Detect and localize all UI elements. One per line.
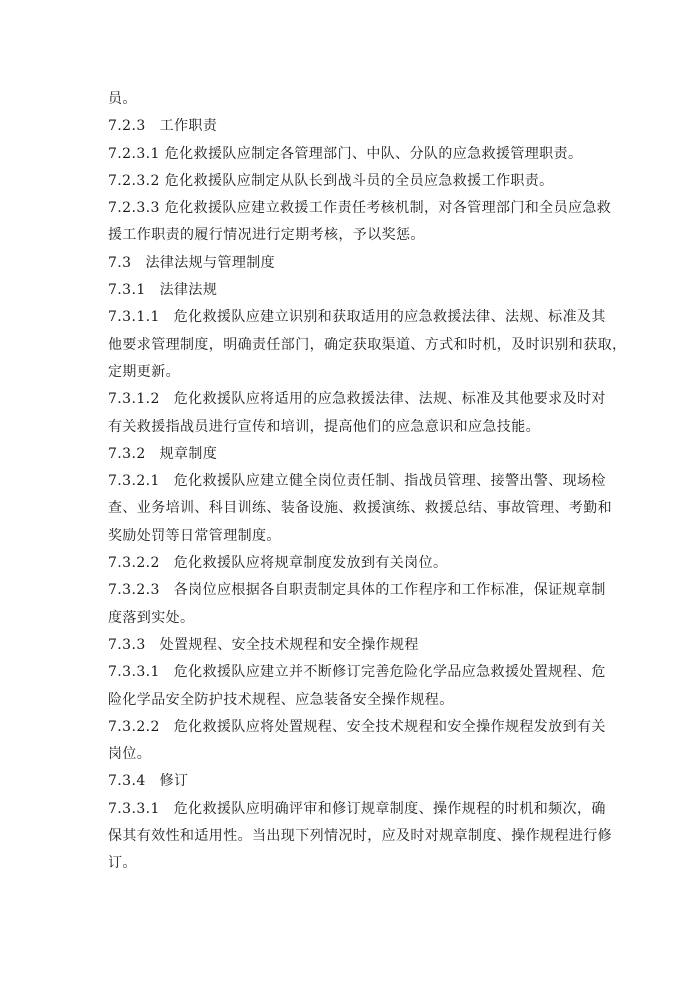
clause-text: 岗位。: [108, 746, 151, 762]
text-line: 7.3.2.2危化救援队应将处置规程、安全技术规程和安全操作规程发放到有关: [108, 714, 598, 741]
clause-text: 处置规程、安全技术规程和安全操作规程: [160, 637, 419, 653]
text-line: 7.3.3.1危化救援队应明确评审和修订规章制度、操作规程的时机和频次，确: [108, 796, 598, 823]
clause-number: 7.3.1.1: [108, 304, 160, 331]
clause-text: 工作职责: [160, 118, 218, 134]
clause-text: 危化救援队应建立救援工作责任考核机制，对各管理部门和全员应急救: [165, 200, 611, 216]
clause-number: 7.3: [108, 250, 131, 277]
text-line: 7.2.3.3危化救援队应建立救援工作责任考核机制，对各管理部门和全员应急救: [108, 195, 598, 222]
clause-text: 危化救援队应制定各管理部门、中队、分队的应急救援管理职责。: [165, 146, 583, 162]
section-heading: 7.3.2规章制度: [108, 441, 598, 468]
text-line: 员。: [108, 86, 598, 113]
clause-text: 订。: [108, 855, 137, 871]
clause-number: 7.3.3.1: [108, 796, 160, 823]
section-heading: 7.3法律法规与管理制度: [108, 250, 598, 277]
clause-text: 修订: [160, 773, 189, 789]
text-line: 7.2.3.1危化救援队应制定各管理部门、中队、分队的应急救援管理职责。: [108, 141, 598, 168]
text-line: 他要求管理制度，明确责任部门，确定获取渠道、方式和时机，及时识别和获取，: [108, 332, 598, 359]
text-line: 岗位。: [108, 741, 598, 768]
text-line: 查、业务培训、科目训练、装备设施、救援演练、救援总结、事故管理、考勤和: [108, 495, 598, 522]
text-line: 7.3.2.2危化救援队应将规章制度发放到有关岗位。: [108, 550, 598, 577]
clause-text: 危化救援队应建立并不断修订完善危险化学品应急救援处置规程、危: [174, 664, 606, 680]
clause-number: 7.3.3.1: [108, 659, 160, 686]
section-heading: 7.3.4修订: [108, 768, 598, 795]
text-line: 7.3.1.1危化救援队应建立识别和获取适用的应急救援法律、法规、标准及其: [108, 304, 598, 331]
clause-text: 有关救援指战员进行宣传和培训，提高他们的应急意识和应急技能。: [108, 419, 540, 435]
text-line: 有关救援指战员进行宣传和培训，提高他们的应急意识和应急技能。: [108, 414, 598, 441]
clause-text: 他要求管理制度，明确责任部门，确定获取渠道、方式和时机，及时识别和获取，: [108, 337, 626, 353]
text-line: 险化学品安全防护技术规程、应急装备安全操作规程。: [108, 687, 598, 714]
clause-text: 危化救援队应将处置规程、安全技术规程和安全操作规程发放到有关: [174, 719, 606, 735]
clause-number: 7.3.1.2: [108, 386, 160, 413]
clause-text: 危化救援队应将适用的应急救援法律、法规、标准及其他要求及时对: [174, 391, 606, 407]
clause-number: 7.3.3: [108, 632, 146, 659]
document-page: 员。 7.2.3工作职责 7.2.3.1危化救援队应制定各管理部门、中队、分队的…: [108, 86, 598, 878]
text-line: 订。: [108, 850, 598, 877]
text-line: 度落到实处。: [108, 605, 598, 632]
text-line: 援工作职责的履行情况进行定期考核，予以奖惩。: [108, 222, 598, 249]
section-heading: 7.3.1法律法规: [108, 277, 598, 304]
clause-number: 7.3.2.1: [108, 468, 160, 495]
clause-number: 7.3.2: [108, 441, 146, 468]
text-line: 7.3.2.1危化救援队应建立健全岗位责任制、指战员管理、接警出警、现场检: [108, 468, 598, 495]
clause-text: 援工作职责的履行情况进行定期考核，予以奖惩。: [108, 227, 425, 243]
text-line: 保其有效性和适用性。当出现下列情况时，应及时对规章制度、操作规程进行修: [108, 823, 598, 850]
clause-text: 危化救援队应制定从队长到战斗员的全员应急救援工作职责。: [165, 173, 554, 189]
section-heading: 7.2.3工作职责: [108, 113, 598, 140]
clause-text: 法律法规与管理制度: [145, 255, 275, 271]
clause-number: 7.2.3.3: [108, 195, 160, 222]
clause-text: 危化救援队应建立识别和获取适用的应急救援法律、法规、标准及其: [174, 309, 606, 325]
clause-number: 7.3.1: [108, 277, 146, 304]
section-heading: 7.3.3处置规程、安全技术规程和安全操作规程: [108, 632, 598, 659]
clause-text: 险化学品安全防护技术规程、应急装备安全操作规程。: [108, 692, 454, 708]
clause-number: 7.2.3: [108, 113, 146, 140]
text-line: 7.3.2.3各岗位应根据各自职责制定具体的工作程序和工作标准，保证规章制: [108, 577, 598, 604]
clause-text: 危化救援队应建立健全岗位责任制、指战员管理、接警出警、现场检: [174, 473, 606, 489]
clause-number: 7.3.2.3: [108, 577, 160, 604]
clause-number: 7.2.3.2: [108, 168, 160, 195]
text-line: 奖励处罚等日常管理制度。: [108, 523, 598, 550]
clause-text: 危化救援队应将规章制度发放到有关岗位。: [174, 555, 448, 571]
clause-text: 度落到实处。: [108, 610, 194, 626]
clause-number: 7.3.2.2: [108, 714, 160, 741]
text-line: 7.3.1.2危化救援队应将适用的应急救援法律、法规、标准及其他要求及时对: [108, 386, 598, 413]
clause-number: 7.3.2.2: [108, 550, 160, 577]
clause-text: 定期更新。: [108, 364, 180, 380]
clause-text: 法律法规: [160, 282, 218, 298]
text-line: 7.2.3.2危化救援队应制定从队长到战斗员的全员应急救援工作职责。: [108, 168, 598, 195]
clause-text: 规章制度: [160, 446, 218, 462]
clause-text: 各岗位应根据各自职责制定具体的工作程序和工作标准，保证规章制: [174, 582, 606, 598]
clause-text: 保其有效性和适用性。当出现下列情况时，应及时对规章制度、操作规程进行修: [108, 828, 612, 844]
clause-text: 危化救援队应明确评审和修订规章制度、操作规程的时机和频次，确: [174, 801, 606, 817]
clause-text: 查、业务培训、科目训练、装备设施、救援演练、救援总结、事故管理、考勤和: [108, 500, 612, 516]
clause-number: 7.2.3.1: [108, 141, 160, 168]
clause-text: 员。: [108, 91, 137, 107]
text-line: 7.3.3.1危化救援队应建立并不断修订完善危险化学品应急救援处置规程、危: [108, 659, 598, 686]
text-line: 定期更新。: [108, 359, 598, 386]
clause-text: 奖励处罚等日常管理制度。: [108, 528, 281, 544]
clause-number: 7.3.4: [108, 768, 146, 795]
